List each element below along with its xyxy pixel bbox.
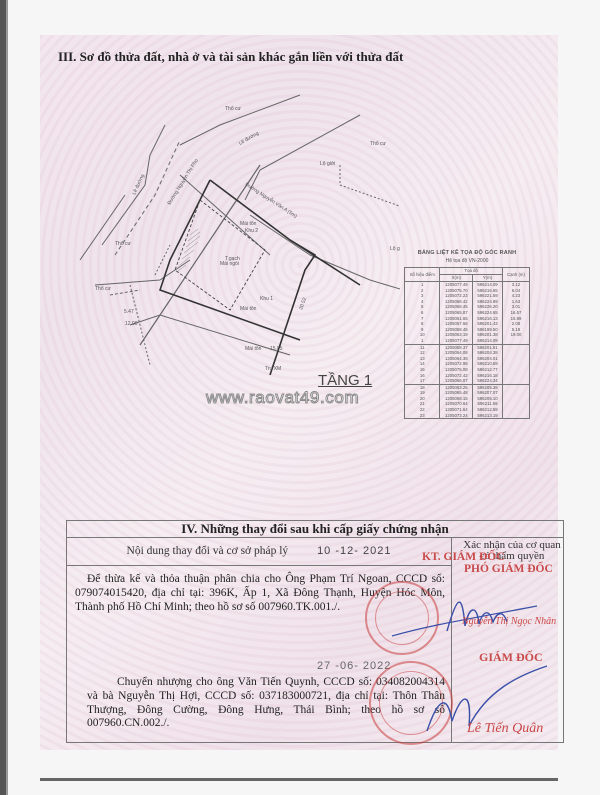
scan-bottom-edge xyxy=(40,778,558,781)
svg-text:Lề đường: Lề đường xyxy=(238,130,260,146)
coord-table-subtitle: Hệ tọa độ VN-2000 xyxy=(404,258,530,264)
coord-table-body: 11205077.49596214.093.1221205075.7059621… xyxy=(405,282,530,419)
svg-text:Thổ cư: Thổ cư xyxy=(225,105,242,112)
col-edge: Cạnh (m) xyxy=(502,268,529,282)
coord-table-title: BẢNG LIỆT KÊ TỌA ĐỘ GÓC RANH xyxy=(404,250,530,256)
svg-text:15.85: 15.85 xyxy=(270,346,283,352)
col-x: X(m) xyxy=(440,275,473,282)
svg-text:5.47: 5.47 xyxy=(124,309,134,315)
svg-text:Khu 1: Khu 1 xyxy=(260,296,273,302)
section-4-title: IV. Những thay đổi sau khi cấp giấy chứn… xyxy=(67,521,563,538)
entry-1-signer: Nguyễn Thị Ngọc Nhân xyxy=(462,616,556,627)
svg-text:T.gạch: T.gạch xyxy=(225,256,240,262)
entry-1-sign-title: KT. GIÁM ĐỐC xyxy=(422,551,505,563)
entry-2-date: 27 -06- 2022 xyxy=(317,660,391,672)
column-header-content: Nội dung thay đổi và cơ sở pháp lý 10 -1… xyxy=(67,545,451,557)
land-plot-diagram: Thổ cư Thổ cư Thổ cư Thổ cư Mái ngói T.g… xyxy=(40,85,400,375)
coord-row: 231205073.24596213.19 xyxy=(405,413,530,419)
svg-text:Thổ cư: Thổ cư xyxy=(370,140,387,147)
col-coords: Tọa độ xyxy=(440,268,502,275)
svg-text:Mái tôn: Mái tôn xyxy=(240,221,257,227)
col-y: Y(m) xyxy=(473,275,503,282)
col-point: Số hiệu điểm xyxy=(405,268,440,282)
header-divider xyxy=(67,565,451,566)
svg-text:Lộ giới: Lộ giới xyxy=(320,161,335,167)
svg-text:Đường Nguyễn Thị Pho: Đường Nguyễn Thị Pho xyxy=(166,157,200,206)
svg-text:Lộ giới: Lộ giới xyxy=(390,246,400,252)
svg-text:12.00: 12.00 xyxy=(125,321,138,327)
entry-1-date: 10 -12- 2021 xyxy=(317,545,391,557)
svg-text:Mái tôn: Mái tôn xyxy=(240,306,257,312)
svg-text:Mái tôn: Mái tôn xyxy=(245,346,262,352)
coordinate-table: BẢNG LIỆT KÊ TỌA ĐỘ GÓC RANH Hệ tọa độ V… xyxy=(404,250,530,419)
svg-text:Lề đường: Lề đường xyxy=(131,173,146,196)
svg-text:Thổ cư: Thổ cư xyxy=(95,285,112,292)
section-4-changes: IV. Những thay đổi sau khi cấp giấy chứn… xyxy=(66,520,564,743)
svg-text:Khu 2: Khu 2 xyxy=(245,228,258,234)
svg-text:Trụ XM: Trụ XM xyxy=(265,366,281,372)
floor-label: TẦNG 1 xyxy=(318,372,372,389)
watermark: www.raovat49.com xyxy=(206,388,359,408)
coord-row: 61205065.87596224.6516.57 xyxy=(405,310,530,316)
scan-left-border xyxy=(0,0,8,795)
section-3-title: III. Sơ đồ thửa đất, nhà ở và tài sản kh… xyxy=(58,49,403,65)
entry-2-signer: Lê Tiến Quân xyxy=(467,721,543,737)
svg-text:Đường Nguyễn Văn A (5m): Đường Nguyễn Văn A (5m) xyxy=(244,181,299,220)
svg-text:20.52: 20.52 xyxy=(298,297,308,311)
entry-1-sign-subtitle: PHÓ GIÁM ĐỐC xyxy=(464,563,553,575)
label-tho-cu: Thổ cư xyxy=(115,240,132,247)
